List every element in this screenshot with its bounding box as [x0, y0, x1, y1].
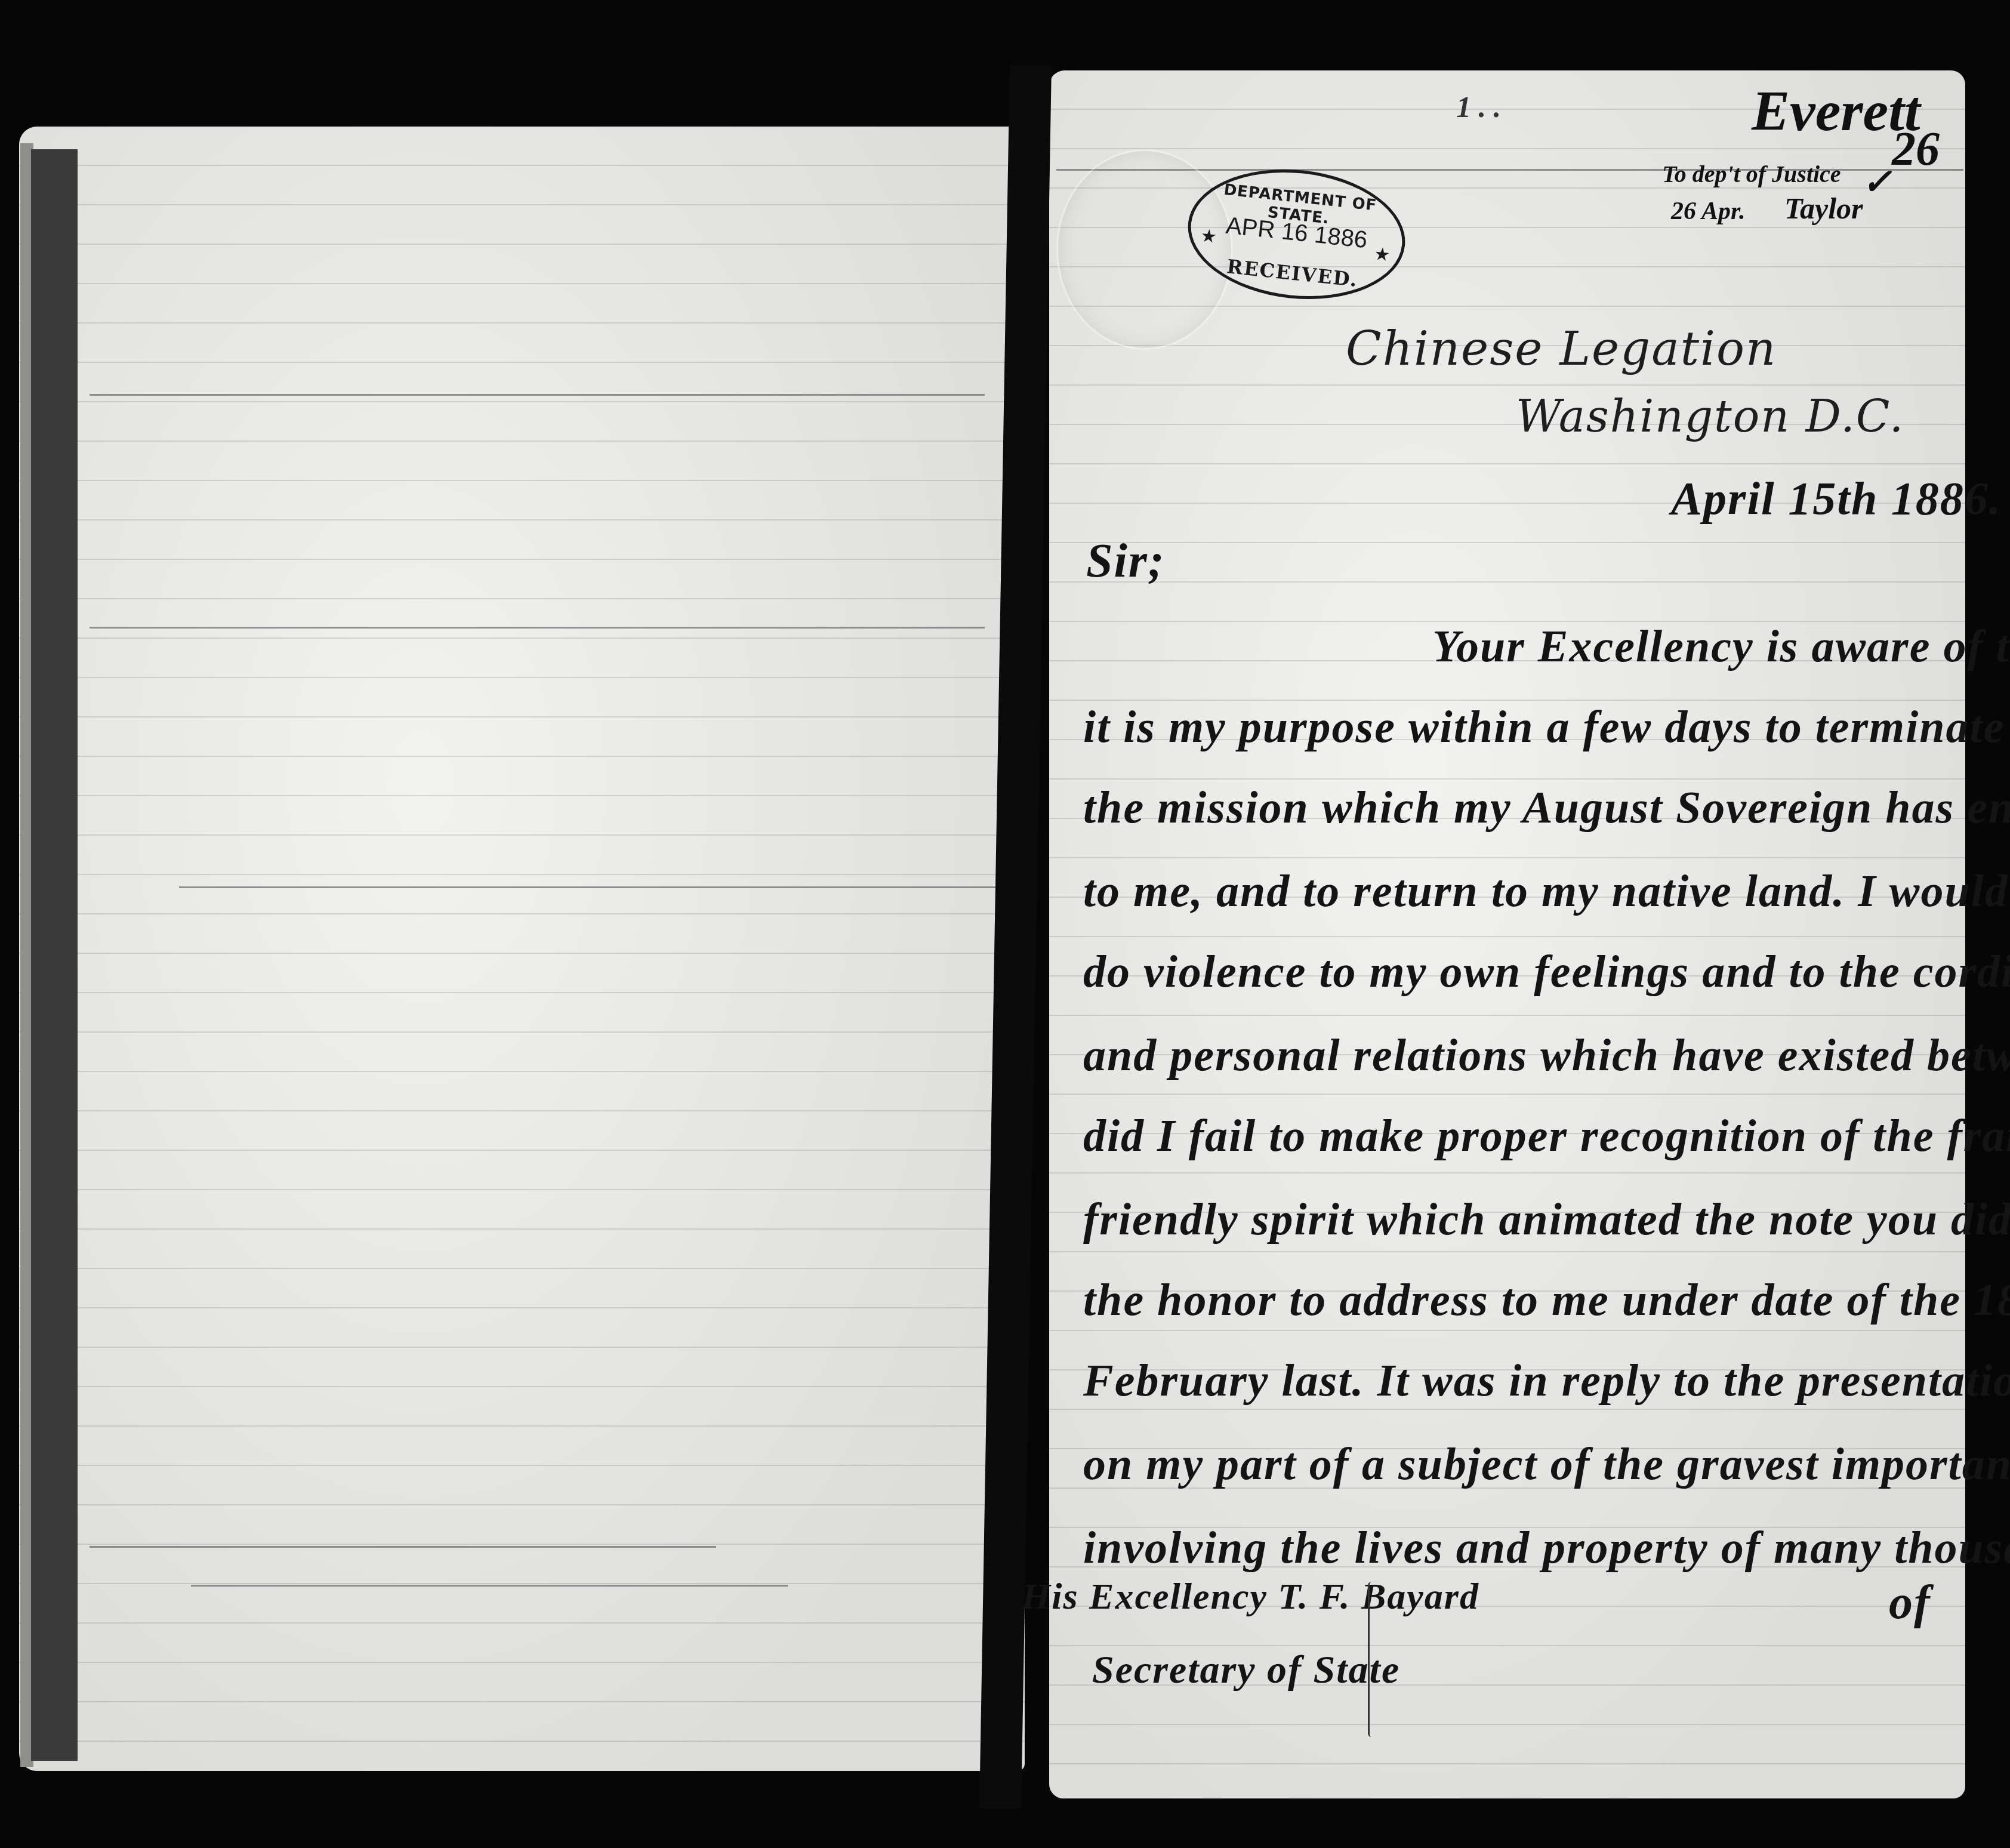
check-mark-icon: ✓: [1862, 161, 1892, 203]
annotation-referral-date: 26 Apr.: [1671, 197, 1745, 226]
star-icon: ★: [1373, 244, 1391, 266]
ruled-line: [90, 394, 985, 396]
body-line: and personal relations which have existe…: [1083, 1030, 2010, 1082]
ruled-line: [90, 1546, 716, 1548]
annotation-referral: To dep't of Justice: [1662, 160, 1841, 188]
book-binding: [31, 149, 78, 1761]
body-line: did I fail to make proper recognition of…: [1083, 1110, 2010, 1162]
body-line: involving the lives and property of many…: [1083, 1522, 2010, 1574]
body-line: on my part of a subject of the gravest i…: [1083, 1439, 2010, 1490]
catchword: of: [1889, 1576, 1931, 1630]
annotation-number: 26: [1892, 122, 1940, 177]
salutation: Sir;: [1086, 534, 1166, 589]
top-marks: 1 . .: [1456, 90, 1501, 124]
addressee-title: Secretary of State: [1092, 1647, 1400, 1693]
body-line: to me, and to return to my native land. …: [1083, 866, 2009, 917]
body-line: friendly spirit which animated the note …: [1083, 1194, 2010, 1246]
body-line: the mission which my August Sovereign ha…: [1083, 782, 2010, 834]
body-line: February last. It was in reply to the pr…: [1083, 1355, 2010, 1407]
letter-date: April 15th 1886.: [1671, 472, 2002, 525]
letterhead-city: Washington D.C.: [1516, 391, 1904, 442]
letterhead-legation: Chinese Legation: [1346, 322, 1777, 376]
body-line: it is my purpose within a few days to te…: [1083, 701, 2005, 753]
ruled-line: [90, 627, 985, 629]
body-line: do violence to my own feelings and to th…: [1083, 946, 2010, 998]
addressee-name: His Excellency T. F. Bayard: [1022, 1576, 1479, 1618]
body-line: Your Excellency is aware of the fact tha…: [1432, 621, 2010, 673]
ruled-line: [191, 1585, 788, 1587]
brace-mark: [1368, 1582, 1378, 1737]
annotation-clerk: Taylor: [1784, 191, 1863, 226]
body-line: the honor to address to me under date of…: [1083, 1274, 2010, 1326]
left-page: [19, 127, 1025, 1771]
ruled-line: [179, 886, 1015, 888]
